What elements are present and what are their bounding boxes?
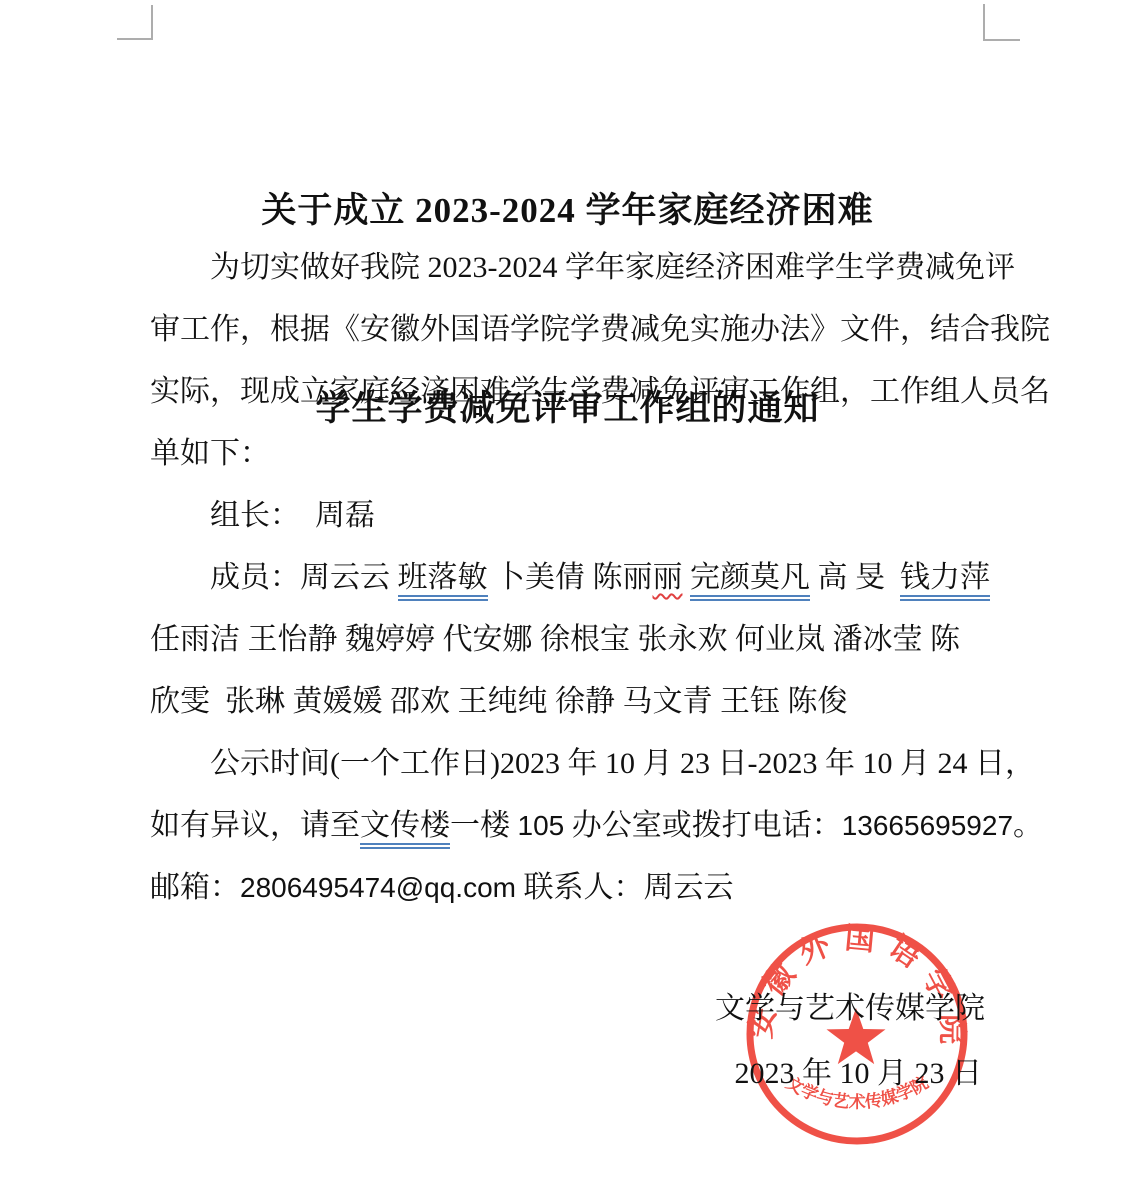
grammar-underlined-text: 钱力萍 — [900, 561, 990, 601]
body-text: 。 — [1013, 809, 1043, 842]
grammar-underlined-text: 文传楼 — [360, 809, 450, 849]
body-text: 卜美倩 陈丽 — [488, 561, 653, 594]
grammar-underlined-text: 完颜莫凡 — [690, 561, 810, 601]
body-line: 如有异议，请至文传楼一楼 105 办公室或拨打电话：13665695927。 — [150, 795, 990, 857]
body-text: 一楼 — [450, 809, 518, 842]
body-text: 欣雯 张琳 黄媛媛 邵欢 王纯纯 徐静 马文青 王钰 陈俊 — [150, 685, 848, 718]
latin-text: 13665695927 — [842, 810, 1013, 841]
body-line: 组长： 周磊 — [150, 485, 990, 547]
body-line: 公示时间(一个工作日)2023 年 10 月 23 日-2023 年 10 月 … — [150, 733, 990, 795]
body-text: 实际，现成立家庭经济困难学生学费减免评审工作组，工作组人员名 — [150, 375, 1050, 408]
body-text: 审工作，根据《安徽外国语学院学费减免实施办法》文件，结合我院 — [150, 313, 1050, 346]
body-text: 联系人：周云云 — [516, 871, 734, 904]
body-text: 公示时间(一个工作日)2023 年 10 月 23 日-2023 年 10 月 … — [210, 747, 1035, 780]
document-body: 为切实做好我院 2023-2024 学年家庭经济困难学生学费减免评审工作，根据《… — [150, 237, 990, 919]
latin-text: 2806495474@qq.com — [240, 872, 516, 903]
body-line: 邮箱：2806495474@qq.com 联系人：周云云 — [150, 857, 990, 919]
body-line: 实际，现成立家庭经济困难学生学费减免评审工作组，工作组人员名 — [150, 361, 990, 423]
body-text: 任雨洁 王怡静 魏婷婷 代安娜 徐根宝 张永欢 何业岚 潘冰莹 陈 — [150, 623, 960, 656]
body-text: 组长： 周磊 — [210, 499, 375, 532]
text-boundary-mark-top-right — [983, 4, 1020, 41]
official-seal-stamp: 安徽外国语学院 文学与艺术传媒学院 — [735, 922, 985, 1152]
body-line: 单如下： — [150, 423, 990, 485]
body-text — [683, 561, 691, 594]
grammar-underlined-text: 班落敏 — [398, 561, 488, 601]
body-text: 办公室或拨打电话： — [564, 809, 842, 842]
signature-org: 文学与艺术传媒学院 — [715, 991, 985, 1027]
body-text: 邮箱： — [150, 871, 240, 904]
document-page: { "document": { "title_lines": [ "关于成立 2… — [0, 0, 1134, 1204]
signature-date: 2023 年 10 月 23 日 — [735, 1056, 983, 1092]
title-line-1: 关于成立 2023-2024 学年家庭经济困难 — [152, 178, 983, 244]
body-text: 成员：周云云 — [210, 561, 398, 594]
body-line: 为切实做好我院 2023-2024 学年家庭经济困难学生学费减免评 — [150, 237, 990, 299]
text-boundary-mark-top-left — [117, 5, 153, 40]
body-line: 任雨洁 王怡静 魏婷婷 代安娜 徐根宝 张永欢 何业岚 潘冰莹 陈 — [150, 609, 990, 671]
spellcheck-underlined-text: 丽 — [653, 561, 683, 594]
body-text: 为切实做好我院 2023-2024 学年家庭经济困难学生学费减免评 — [210, 251, 1015, 284]
body-line: 审工作，根据《安徽外国语学院学费减免实施办法》文件，结合我院 — [150, 299, 990, 361]
latin-text: 105 — [518, 810, 565, 841]
body-text: 单如下： — [150, 437, 270, 470]
body-line: 成员：周云云 班落敏 卜美倩 陈丽丽 完颜莫凡 高 旻 钱力萍 — [150, 547, 990, 609]
body-text: 高 旻 — [810, 561, 900, 594]
body-text: 如有异议，请至 — [150, 809, 360, 842]
body-line: 欣雯 张琳 黄媛媛 邵欢 王纯纯 徐静 马文青 王钰 陈俊 — [150, 671, 990, 733]
